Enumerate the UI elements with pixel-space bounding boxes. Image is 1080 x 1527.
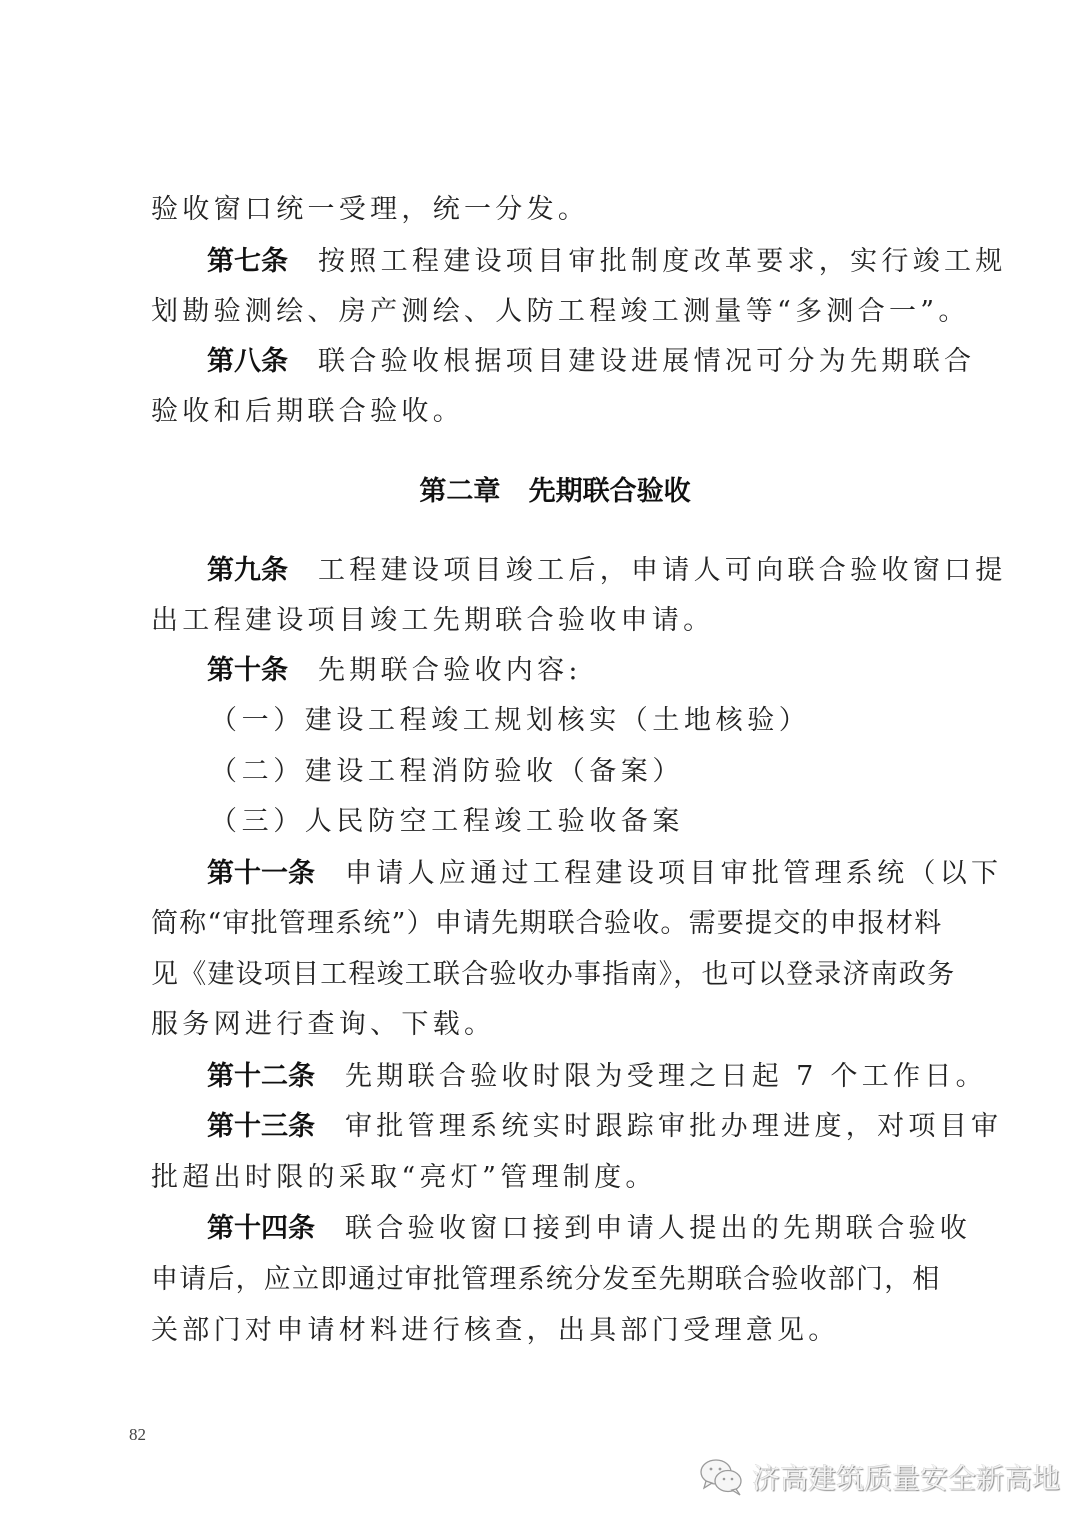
chapter-number: 第二章 xyxy=(419,476,500,507)
paragraph-text: 验收和后期联合验收。 xyxy=(151,396,464,427)
text-line: 申请后，应立即通过审批管理系统分发至先期联合验收部门，相 xyxy=(151,1255,951,1305)
chapter-title: 先期联合验收 xyxy=(529,476,691,507)
text-line: 简称“审批管理系统”）申请先期联合验收。需要提交的申报材料 xyxy=(151,899,951,949)
article-10: 第十条先期联合验收内容: xyxy=(207,646,1007,696)
list-item: （一）建设工程竣工规划核实（土地核验） xyxy=(210,696,1010,746)
article-9: 第九条工程建设项目竣工后，申请人可向联合验收窗口提 xyxy=(207,546,1007,596)
article-12: 第十二条先期联合验收时限为受理之日起 7 个工作日。 xyxy=(207,1052,1007,1102)
paragraph-text: 批超出时限的采取“亮灯”管理制度。 xyxy=(151,1162,657,1193)
article-11: 第十一条申请人应通过工程建设项目审批管理系统（以下 xyxy=(207,849,1007,899)
paragraph-text: 简称“审批管理系统”）申请先期联合验收。需要提交的申报材料 xyxy=(151,908,942,939)
text-line: 出工程建设项目竣工先期联合验收申请。 xyxy=(151,596,951,646)
article-number: 第八条 xyxy=(207,346,288,377)
paragraph-text: 工程建设项目竣工后，申请人可向联合验收窗口提 xyxy=(318,555,1007,586)
paragraph-text: 划勘验测绘、房产测绘、人防工程竣工测量等“多测合一”。 xyxy=(151,296,970,327)
list-item: （三）人民防空工程竣工验收备案 xyxy=(210,797,1010,847)
article-14: 第十四条联合验收窗口接到申请人提出的先期联合验收 xyxy=(207,1204,1007,1254)
paragraph-text: 服务网进行查询、下载。 xyxy=(151,1009,495,1040)
paragraph-text: 出工程建设项目竣工先期联合验收申请。 xyxy=(151,605,714,636)
paragraph-text: 联合验收根据项目建设进展情况可分为先期联合 xyxy=(318,346,975,377)
text-line: 见《建设项目工程竣工联合验收办事指南》，也可以登录济南政务 xyxy=(151,950,951,1000)
article-number: 第十一条 xyxy=(207,858,315,889)
paragraph-text: 联合验收窗口接到申请人提出的先期联合验收 xyxy=(345,1213,971,1244)
watermark-text: 济高建筑质量安全新高地 xyxy=(752,1457,1060,1497)
paragraph-text: 审批管理系统实时跟踪审批办理进度，对项目审 xyxy=(345,1111,1002,1142)
text-line: 关部门对申请材料进行核查，出具部门受理意见。 xyxy=(151,1306,951,1356)
article-number: 第九条 xyxy=(207,555,288,586)
paragraph-text: 验收窗口统一受理，统一分发。 xyxy=(151,194,589,225)
article-number: 第十二条 xyxy=(207,1061,315,1092)
article-8: 第八条联合验收根据项目建设进展情况可分为先期联合 xyxy=(207,337,1007,387)
paragraph-text: 先期联合验收内容: xyxy=(318,655,582,686)
article-number: 第十条 xyxy=(207,655,288,686)
text-line: 批超出时限的采取“亮灯”管理制度。 xyxy=(151,1153,951,1203)
list-item-text: （一）建设工程竣工规划核实（土地核验） xyxy=(210,705,810,736)
article-13: 第十三条审批管理系统实时跟踪审批办理进度，对项目审 xyxy=(207,1102,1007,1152)
paragraph-text: 申请人应通过工程建设项目审批管理系统（以下 xyxy=(345,858,1002,889)
paragraph-text: 先期联合验收时限为受理之日起 7 个工作日。 xyxy=(345,1061,987,1092)
list-item-text: （三）人民防空工程竣工验收备案 xyxy=(210,806,684,837)
article-7: 第七条按照工程建设项目审批制度改革要求，实行竣工规 xyxy=(207,237,1007,287)
paragraph-text: 申请后，应立即通过审批管理系统分发至先期联合验收部门，相 xyxy=(151,1264,941,1295)
document-page: 验收窗口统一受理，统一分发。 第七条按照工程建设项目审批制度改革要求，实行竣工规… xyxy=(0,0,1080,1527)
paragraph-text: 关部门对申请材料进行核查，出具部门受理意见。 xyxy=(151,1315,840,1346)
paragraph-text: 按照工程建设项目审批制度改革要求，实行竣工规 xyxy=(318,246,1007,277)
text-line: 服务网进行查询、下载。 xyxy=(151,1000,951,1050)
paragraph-text: 见《建设项目工程竣工联合验收办事指南》，也可以登录济南政务 xyxy=(151,959,955,990)
text-line: 验收窗口统一受理，统一分发。 xyxy=(151,185,951,235)
chapter-heading: 第二章 先期联合验收 xyxy=(0,467,1080,517)
text-line: 划勘验测绘、房产测绘、人防工程竣工测量等“多测合一”。 xyxy=(151,287,951,337)
watermark: 济高建筑质量安全新高地 xyxy=(698,1455,1060,1499)
wechat-icon xyxy=(698,1457,746,1497)
text-line: 验收和后期联合验收。 xyxy=(151,387,951,437)
article-number: 第七条 xyxy=(207,246,288,277)
article-number: 第十四条 xyxy=(207,1213,315,1244)
list-item: （二）建设工程消防验收（备案） xyxy=(210,747,1010,797)
list-item-text: （二）建设工程消防验收（备案） xyxy=(210,756,684,787)
article-number: 第十三条 xyxy=(207,1111,315,1142)
page-number: 82 xyxy=(129,1425,146,1445)
